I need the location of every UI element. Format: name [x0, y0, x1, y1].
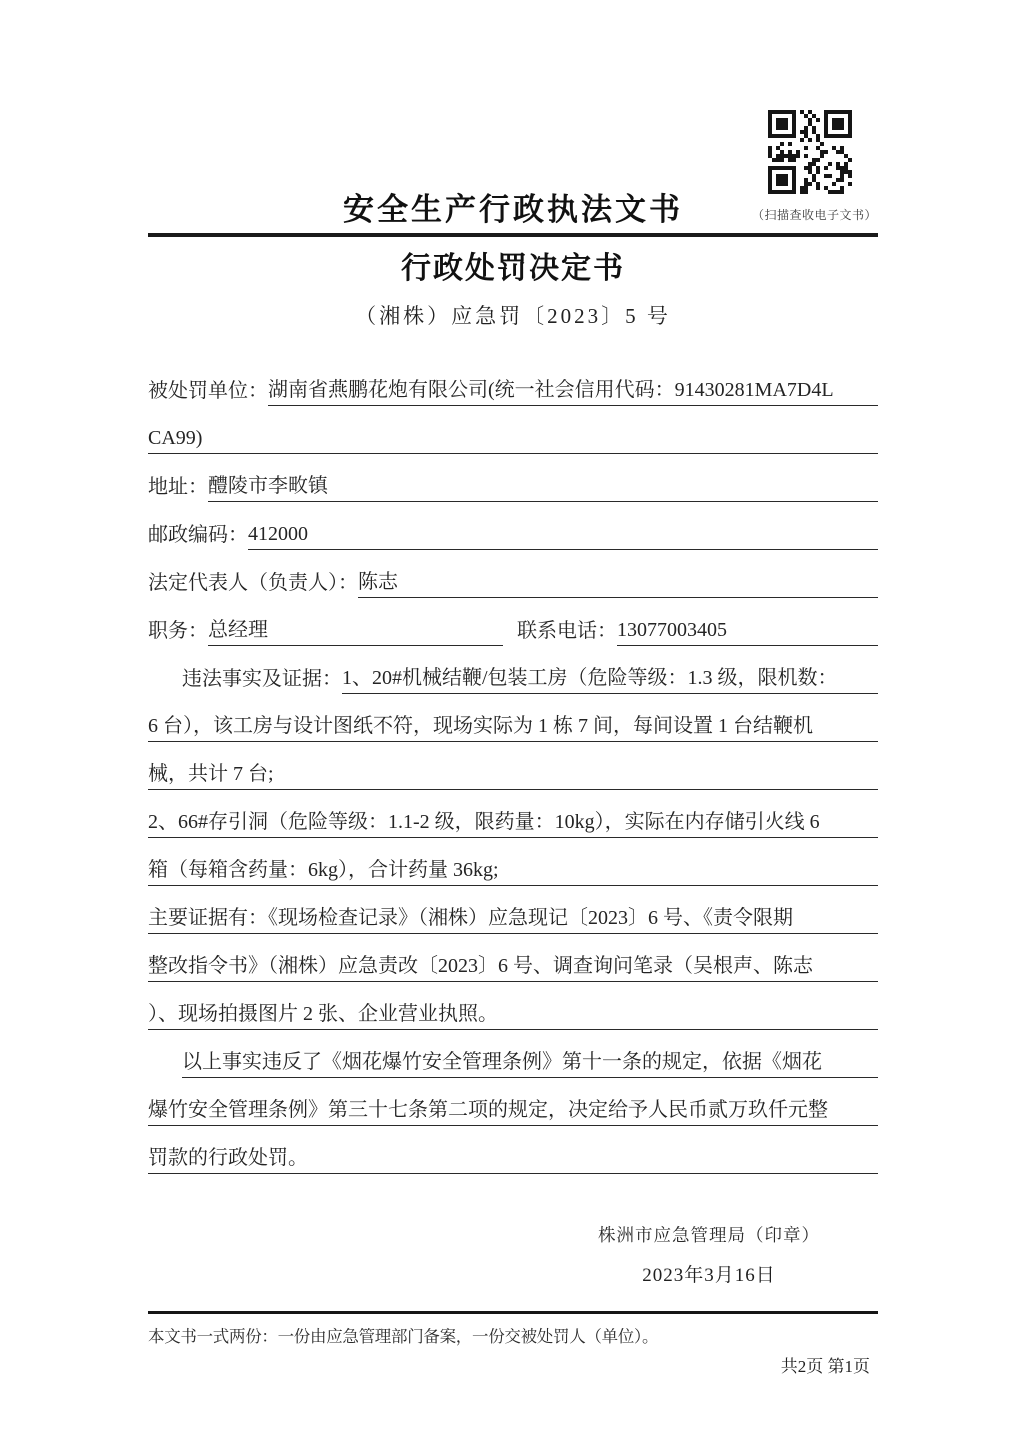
- penalized-unit-value-line1: 湖南省燕鹏花炮有限公司(统一社会信用代码：91430281MA7D4L: [268, 373, 878, 406]
- facts-line-3: 械，共计 7 台;: [148, 742, 878, 790]
- field-postcode: 邮政编码： 412000: [148, 502, 878, 550]
- field-position-and-phone: 职务： 总经理 联系电话： 13077003405: [148, 598, 878, 646]
- decision-text: 罚款的行政处罚。: [148, 1141, 878, 1174]
- field-address: 地址： 醴陵市李畋镇: [148, 454, 878, 502]
- address-value: 醴陵市李畋镇: [208, 469, 878, 502]
- footer-rule: [148, 1311, 878, 1314]
- document-number: （湘株）应急罚〔2023〕5 号: [148, 302, 878, 330]
- facts-line-7: 整改指令书》（湘株）应急责改〔2023〕6 号、调查询问笔录（吴根声、陈志: [148, 934, 878, 982]
- facts-label: 违法事实及证据：: [182, 662, 342, 694]
- position-label: 职务：: [148, 614, 208, 646]
- decision-text: 以上事实违反了《烟花爆竹安全管理条例》第十一条的规定，依据《烟花: [182, 1045, 878, 1078]
- facts-text: 1、20#机械结鞭/包装工房（危险等级：1.3 级，限机数：: [342, 661, 878, 694]
- document-category-title: 安全生产行政执法文书: [148, 192, 878, 228]
- facts-text: 6 台），该工房与设计图纸不符，现场实际为 1 栋 7 间，每间设置 1 台结鞭…: [148, 709, 878, 742]
- address-label: 地址：: [148, 470, 208, 502]
- decision-text: 爆竹安全管理条例》第三十七条第二项的规定，决定给予人民币贰万玖仟元整: [148, 1093, 878, 1126]
- penalized-unit-label: 被处罚单位：: [148, 374, 268, 406]
- facts-text: 箱（每箱含药量：6kg），合计药量 36kg;: [148, 853, 878, 886]
- facts-text: 整改指令书》（湘株）应急责改〔2023〕6 号、调查询问笔录（吴根声、陈志: [148, 949, 878, 982]
- header-double-rule: [148, 233, 878, 237]
- footer-note: 本文书一式两份：一份由应急管理部门备案，一份交被处罚人（单位）。: [148, 1323, 878, 1347]
- signature-block: 株洲市应急管理局（印章） 2023年3月16日: [588, 1222, 830, 1287]
- document-title: 行政处罚决定书: [148, 251, 878, 287]
- issue-date: 2023年3月16日: [588, 1260, 830, 1287]
- field-penalized-unit-continuation: CA99): [148, 406, 878, 454]
- page-indicator: 共2页 第1页: [148, 1352, 878, 1377]
- postcode-value: 412000: [248, 523, 878, 550]
- facts-line-4: 2、66#存引洞（危险等级：1.1-2 级，限药量：10kg），实际在内存储引火…: [148, 790, 878, 838]
- phone-value: 13077003405: [617, 619, 878, 646]
- field-legal-rep: 法定代表人（负责人）： 陈志: [148, 550, 878, 598]
- postcode-label: 邮政编码：: [148, 518, 248, 550]
- decision-line-3: 罚款的行政处罚。: [148, 1126, 878, 1174]
- facts-line-6: 主要证据有：《现场检查记录》（湘株）应急现记〔2023〕6 号、《责令限期: [148, 886, 878, 934]
- document-body: 被处罚单位： 湖南省燕鹏花炮有限公司(统一社会信用代码：91430281MA7D…: [148, 358, 878, 1174]
- facts-line-8: ）、现场拍摄图片 2 张、企业营业执照。: [148, 982, 878, 1030]
- field-penalized-unit: 被处罚单位： 湖南省燕鹏花炮有限公司(统一社会信用代码：91430281MA7D…: [148, 358, 878, 406]
- phone-label: 联系电话：: [517, 614, 617, 646]
- document-footer: 本文书一式两份：一份由应急管理部门备案，一份交被处罚人（单位）。 共2页 第1页: [148, 1311, 878, 1377]
- document-content: 安全生产行政执法文书 行政处罚决定书 （湘株）应急罚〔2023〕5 号 被处罚单…: [148, 0, 878, 1377]
- facts-line-1: 违法事实及证据： 1、20#机械结鞭/包装工房（危险等级：1.3 级，限机数：: [148, 646, 878, 694]
- facts-line-5: 箱（每箱含药量：6kg），合计药量 36kg;: [148, 838, 878, 886]
- scanned-document-page: （扫描查收电子文书） 安全生产行政执法文书 行政处罚决定书 （湘株）应急罚〔20…: [0, 0, 1024, 1451]
- legal-rep-value: 陈志: [358, 565, 878, 598]
- position-value: 总经理: [208, 613, 503, 646]
- penalized-unit-value-line2: CA99): [148, 427, 878, 454]
- facts-text: 2、66#存引洞（危险等级：1.1-2 级，限药量：10kg），实际在内存储引火…: [148, 805, 878, 838]
- decision-line-1: 以上事实违反了《烟花爆竹安全管理条例》第十一条的规定，依据《烟花: [148, 1030, 878, 1078]
- facts-line-2: 6 台），该工房与设计图纸不符，现场实际为 1 栋 7 间，每间设置 1 台结鞭…: [148, 694, 878, 742]
- facts-text: ）、现场拍摄图片 2 张、企业营业执照。: [148, 997, 878, 1030]
- facts-text: 械，共计 7 台;: [148, 757, 878, 790]
- legal-rep-label: 法定代表人（负责人）：: [148, 566, 358, 598]
- facts-text: 主要证据有：《现场检查记录》（湘株）应急现记〔2023〕6 号、《责令限期: [148, 901, 878, 934]
- issuing-authority: 株洲市应急管理局（印章）: [588, 1222, 830, 1248]
- decision-line-2: 爆竹安全管理条例》第三十七条第二项的规定，决定给予人民币贰万玖仟元整: [148, 1078, 878, 1126]
